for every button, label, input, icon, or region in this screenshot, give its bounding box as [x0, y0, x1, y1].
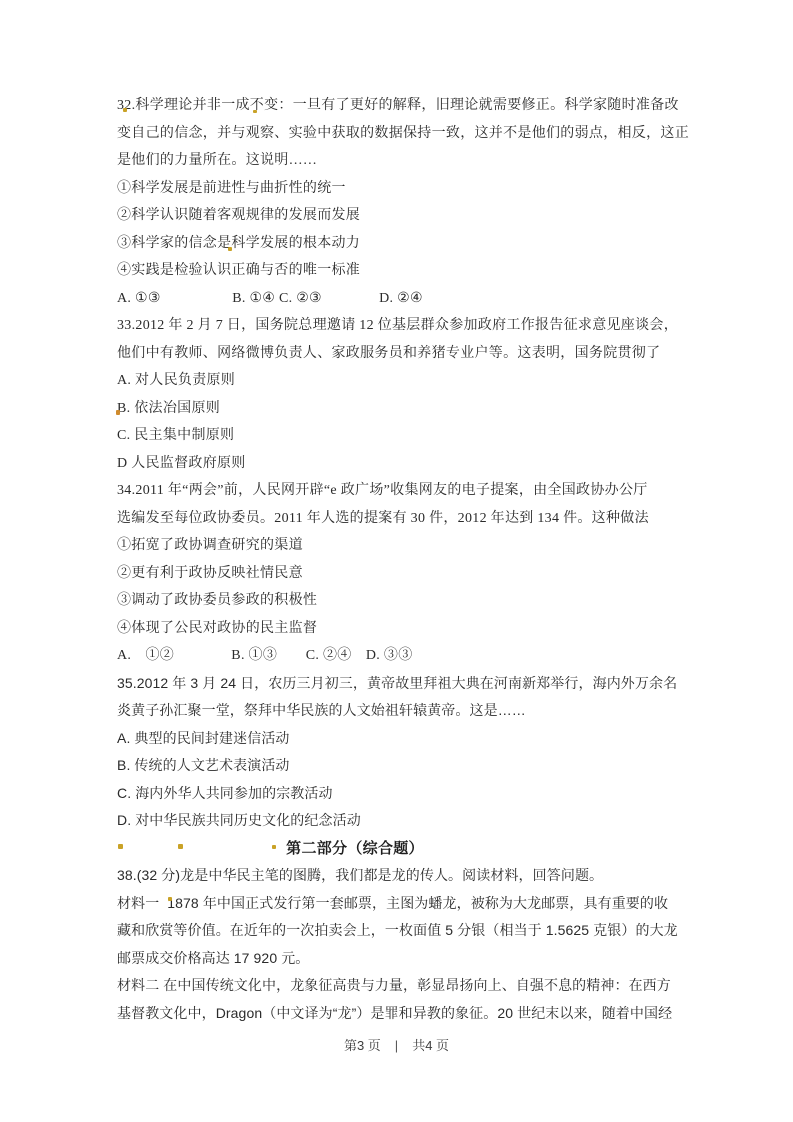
q32-item-3: ③科学家的信念是科学发展的根本动力	[117, 230, 717, 258]
q32-choices: A. ①③ B. ①④ C. ②③ D. ②④	[117, 285, 717, 313]
q34-item-1: ①拓宽了政协调查研究的渠道	[117, 532, 717, 560]
scan-mark	[168, 897, 172, 901]
q32-stem-line-3: 是他们的力量所在。这说明……	[117, 147, 717, 175]
q34-item-2: ②更有利于政协反映社情民意	[117, 560, 717, 588]
material-1-line-1: 材料一 1878 年中国正式发行第一套邮票，主图为蟠龙，被称为大龙邮票，具有重要…	[117, 890, 717, 918]
scan-mark	[118, 844, 123, 849]
footer-page-number: 第3 页	[344, 1038, 381, 1053]
q34-item-4: ④体现了公民对政协的民主监督	[117, 615, 717, 643]
material-2-line-1: 材料二 在中国传统文化中，龙象征高贵与力量，彰显昂扬向上、自强不息的精神：在西方	[117, 972, 717, 1000]
exam-document-page: 32.科学理论并非一成不变：一旦有了更好的解释，旧理论就需要修正。科学家随时准备…	[0, 0, 793, 1122]
q32-item-4: ④实践是检验认识正确与否的唯一标准	[117, 257, 717, 285]
q35-option-c: C. 海内外华人共同参加的宗教活动	[117, 780, 717, 808]
q35-option-a: A. 典型的民间封建迷信活动	[117, 725, 717, 753]
q32-item-2: ②科学认识随着客观规律的发展而发展	[117, 202, 717, 230]
q35-stem-line-2: 炎黄子孙汇聚一堂，祭拜中华民族的人文始祖轩辕黄帝。这是……	[117, 697, 717, 725]
page-footer: 第3 页|共4 页	[0, 1035, 793, 1054]
q34-stem-line-2: 选编发至每位政协委员。2011 年人选的提案有 30 件，2012 年达到 13…	[117, 505, 717, 533]
material-1-line-2: 藏和欣赏等价值。在近年的一次拍卖会上，一枚面值 5 分银（相当于 1.5625 …	[117, 917, 717, 945]
q33-option-c: C. 民主集中制原则	[117, 422, 717, 450]
q33-stem-line-2: 他们中有教师、网络微博负责人、家政服务员和养猪专业户等。这表明，国务院贯彻了	[117, 340, 717, 368]
q35-stem-line-1: 35.2012 年 3 月 24 日，农历三月初三，黄帝故里拜祖大典在河南新郑举…	[117, 670, 717, 698]
q35-option-b: B. 传统的人文艺术表演活动	[117, 752, 717, 780]
q35-option-d: D. 对中华民族共同历史文化的纪念活动	[117, 807, 717, 835]
scan-mark	[123, 108, 127, 112]
q33-option-a: A. 对人民负责原则	[117, 367, 717, 395]
q38-stem: 38.(32 分)龙是中华民主笔的图腾，我们都是龙的传人。阅读材料，回答问题。	[117, 862, 717, 890]
section-heading: 第二部分（综合题）	[75, 835, 635, 863]
q32-item-1: ①科学发展是前进性与曲折性的统一	[117, 175, 717, 203]
scan-mark	[228, 247, 232, 251]
q34-item-3: ③调动了政协委员参政的积极性	[117, 587, 717, 615]
scan-mark	[116, 410, 120, 415]
scan-mark	[178, 844, 183, 849]
q33-stem-line-1: 33.2012 年 2 月 7 日，国务院总理邀请 12 位基层群众参加政府工作…	[117, 312, 717, 340]
scan-mark	[272, 845, 276, 849]
footer-total-pages: 共4 页	[412, 1038, 449, 1053]
q32-stem-line-1: 32.科学理论并非一成不变：一旦有了更好的解释，旧理论就需要修正。科学家随时准备…	[117, 92, 717, 120]
q34-choices: A. ①② B. ①③ C. ②④ D. ③③	[117, 642, 717, 670]
material-2-line-2: 基督教文化中，Dragon（中文译为“龙”）是罪和异教的象征。20 世纪末以来，…	[117, 1000, 717, 1028]
q33-option-d: D 人民监督政府原则	[117, 450, 717, 478]
material-1-line-3: 邮票成交价格高达 17 920 元。	[117, 945, 717, 973]
document-body: 32.科学理论并非一成不变：一旦有了更好的解释，旧理论就需要修正。科学家随时准备…	[117, 92, 717, 1027]
q34-stem-line-1: 34.2011 年“两会”前，人民网开辟“e 政广场”收集网友的电子提案，由全国…	[117, 477, 717, 505]
q33-option-b: B. 依法冶国原则	[117, 395, 717, 423]
scan-mark	[253, 110, 257, 113]
footer-separator: |	[395, 1038, 398, 1053]
q32-stem-line-2: 变自己的信念，并与观察、实验中获取的数据保持一致，这并不是他们的弱点，相反，这正	[117, 120, 717, 148]
